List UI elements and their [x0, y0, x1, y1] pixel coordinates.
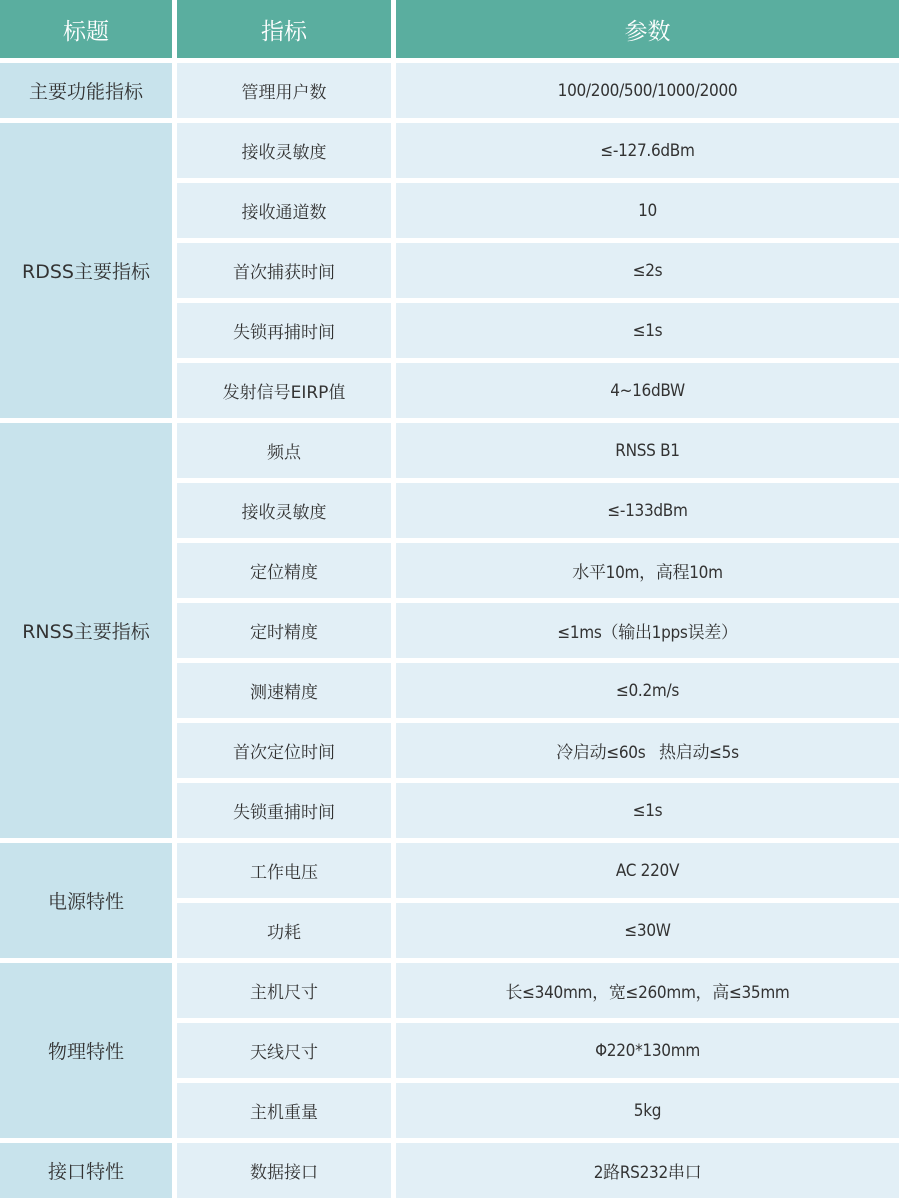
value-cell: 5kg — [396, 1083, 899, 1138]
value-cell: ≤1ms（输出1pps误差） — [396, 603, 899, 658]
value-cell: ≤1s — [396, 783, 899, 838]
value-cell: ≤0.2m/s — [396, 663, 899, 718]
value-cell: RNSS B1 — [396, 423, 899, 478]
value-cell: ≤1s — [396, 303, 899, 358]
indicator-cell: 频点 — [177, 423, 391, 478]
value-cell: 水平10m，高程10m — [396, 543, 899, 598]
indicator-cell: 功耗 — [177, 903, 391, 958]
header-parameter: 参数 — [396, 0, 899, 58]
value-cell: ≤30W — [396, 903, 899, 958]
indicator-cell: 主机尺寸 — [177, 963, 391, 1018]
group-title: RNSS主要指标 — [0, 423, 172, 838]
value-cell: AC 220V — [396, 843, 899, 898]
value-cell: 2路RS232串口 — [396, 1143, 899, 1198]
value-cell: 4~16dBW — [396, 363, 899, 418]
group-title: 主要功能指标 — [0, 63, 172, 118]
indicator-cell: 天线尺寸 — [177, 1023, 391, 1078]
value-cell: 10 — [396, 183, 899, 238]
indicator-cell: 首次定位时间 — [177, 723, 391, 778]
value-cell: ≤-133dBm — [396, 483, 899, 538]
indicator-cell: 首次捕获时间 — [177, 243, 391, 298]
group-title: 接口特性 — [0, 1143, 172, 1198]
value-cell: 长≤340mm，宽≤260mm，高≤35mm — [396, 963, 899, 1018]
value-cell: Φ220*130mm — [396, 1023, 899, 1078]
group-title: 物理特性 — [0, 963, 172, 1138]
indicator-cell: 定位精度 — [177, 543, 391, 598]
indicator-cell: 主机重量 — [177, 1083, 391, 1138]
indicator-cell: 接收灵敏度 — [177, 483, 391, 538]
indicator-cell: 接收通道数 — [177, 183, 391, 238]
indicator-cell: 发射信号EIRP值 — [177, 363, 391, 418]
indicator-cell: 失锁再捕时间 — [177, 303, 391, 358]
group-title: RDSS主要指标 — [0, 123, 172, 418]
indicator-cell: 测速精度 — [177, 663, 391, 718]
indicator-cell: 数据接口 — [177, 1143, 391, 1198]
indicator-cell: 接收灵敏度 — [177, 123, 391, 178]
indicator-cell: 失锁重捕时间 — [177, 783, 391, 838]
value-cell: 冷启动≤60s 热启动≤5s — [396, 723, 899, 778]
header-title: 标题 — [0, 0, 172, 58]
value-cell: ≤2s — [396, 243, 899, 298]
indicator-cell: 定时精度 — [177, 603, 391, 658]
header-indicator: 指标 — [177, 0, 391, 58]
value-cell: 100/200/500/1000/2000 — [396, 63, 899, 118]
value-cell: ≤-127.6dBm — [396, 123, 899, 178]
indicator-cell: 管理用户数 — [177, 63, 391, 118]
indicator-cell: 工作电压 — [177, 843, 391, 898]
group-title: 电源特性 — [0, 843, 172, 958]
spec-table: 标题 指标 参数 主要功能指标 管理用户数 100/200/500/1000/2… — [0, 0, 900, 1200]
